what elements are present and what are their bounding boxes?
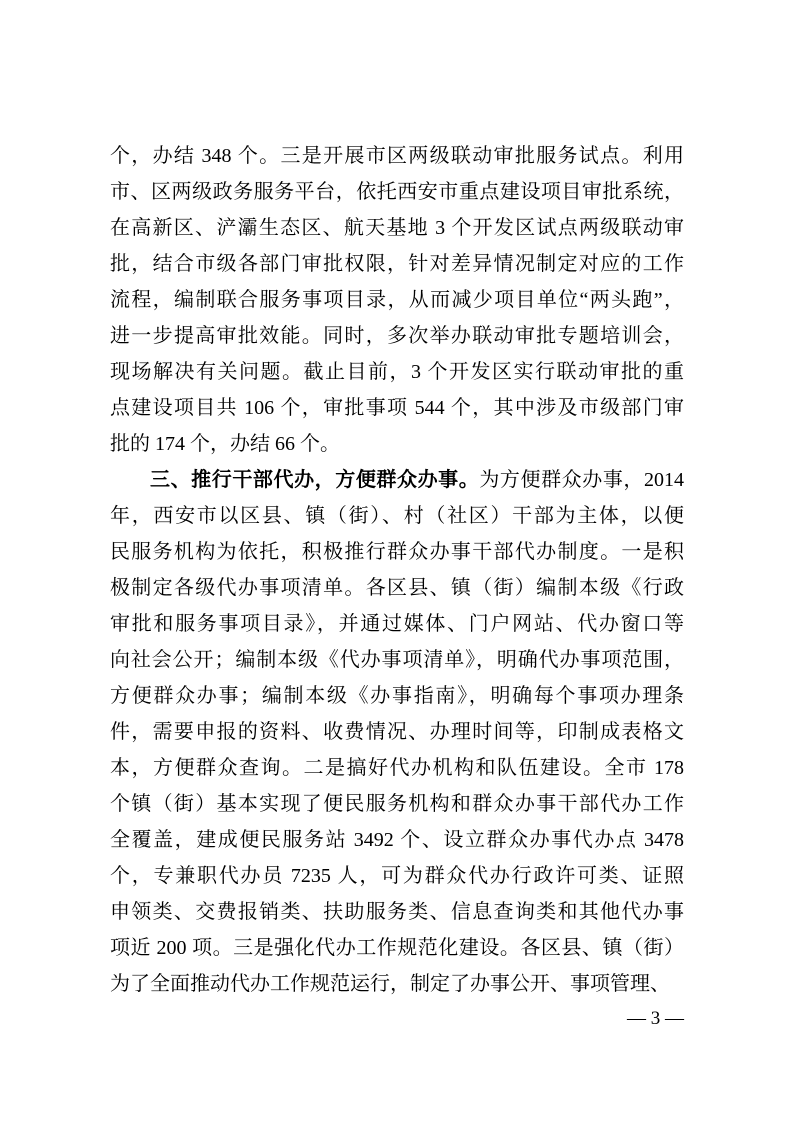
document-page: 个，办结 348 个。三是开展市区两级联动审批服务试点。利用 市、区两级政务服务… <box>0 0 794 1123</box>
text-line: 在高新区、浐灞生态区、航天基地 3 个开发区试点两级联动审 <box>110 210 684 246</box>
text-line: 个，专兼职代办员 7235 人，可为群众代办行政许可类、证照 <box>110 858 684 894</box>
text-line: 向社会公开；编制本级《代办事项清单》，明确代办事项范围， <box>110 642 684 678</box>
text-line: 年，西安市以区县、镇（街）、村（社区）干部为主体，以便 <box>110 498 684 534</box>
text-line: 三、推行干部代办，方便群众办事。为方便群众办事，2014 <box>110 462 684 498</box>
text-line: 申领类、交费报销类、扶助服务类、信息查询类和其他代办事 <box>110 894 684 930</box>
document-body: 个，办结 348 个。三是开展市区两级联动审批服务试点。利用 市、区两级政务服务… <box>110 138 684 1002</box>
page-number: — 3 — <box>110 1006 684 1032</box>
section-heading: 三、推行干部代办，方便群众办事。 <box>150 469 479 491</box>
text-line: 点建设项目共 106 个，审批事项 544 个，其中涉及市级部门审 <box>110 390 684 426</box>
text-line: 个镇（街）基本实现了便民服务机构和群众办事干部代办工作 <box>110 786 684 822</box>
text-line: 件，需要申报的资料、收费情况、办理时间等，印制成表格文 <box>110 714 684 750</box>
text-line: 个，办结 348 个。三是开展市区两级联动审批服务试点。利用 <box>110 138 684 174</box>
text-line: 项近 200 项。三是强化代办工作规范化建设。各区县、镇（街） <box>110 930 684 966</box>
paragraph-text: 为方便群众办事，2014 <box>479 469 684 491</box>
text-line: 进一步提高审批效能。同时，多次举办联动审批专题培训会， <box>110 318 684 354</box>
text-line: 极制定各级代办事项清单。各区县、镇（街）编制本级《行政 <box>110 570 684 606</box>
text-line: 全覆盖，建成便民服务站 3492 个、设立群众办事代办点 3478 <box>110 822 684 858</box>
text-line: 为了全面推动代办工作规范运行，制定了办事公开、事项管理、 <box>110 966 684 1002</box>
text-line: 市、区两级政务服务平台，依托西安市重点建设项目审批系统， <box>110 174 684 210</box>
text-line: 本，方便群众查询。二是搞好代办机构和队伍建设。全市 178 <box>110 750 684 786</box>
text-line: 批，结合市级各部门审批权限，针对差异情况制定对应的工作 <box>110 246 684 282</box>
text-line: 现场解决有关问题。截止目前，3 个开发区实行联动审批的重 <box>110 354 684 390</box>
text-line: 流程，编制联合服务事项目录，从而减少项目单位“两头跑”， <box>110 282 684 318</box>
text-line: 方便群众办事；编制本级《办事指南》，明确每个事项办理条 <box>110 678 684 714</box>
text-line: 民服务机构为依托，积极推行群众办事干部代办制度。一是积 <box>110 534 684 570</box>
text-line: 审批和服务事项目录》，并通过媒体、门户网站、代办窗口等 <box>110 606 684 642</box>
text-line: 批的 174 个，办结 66 个。 <box>110 426 684 462</box>
